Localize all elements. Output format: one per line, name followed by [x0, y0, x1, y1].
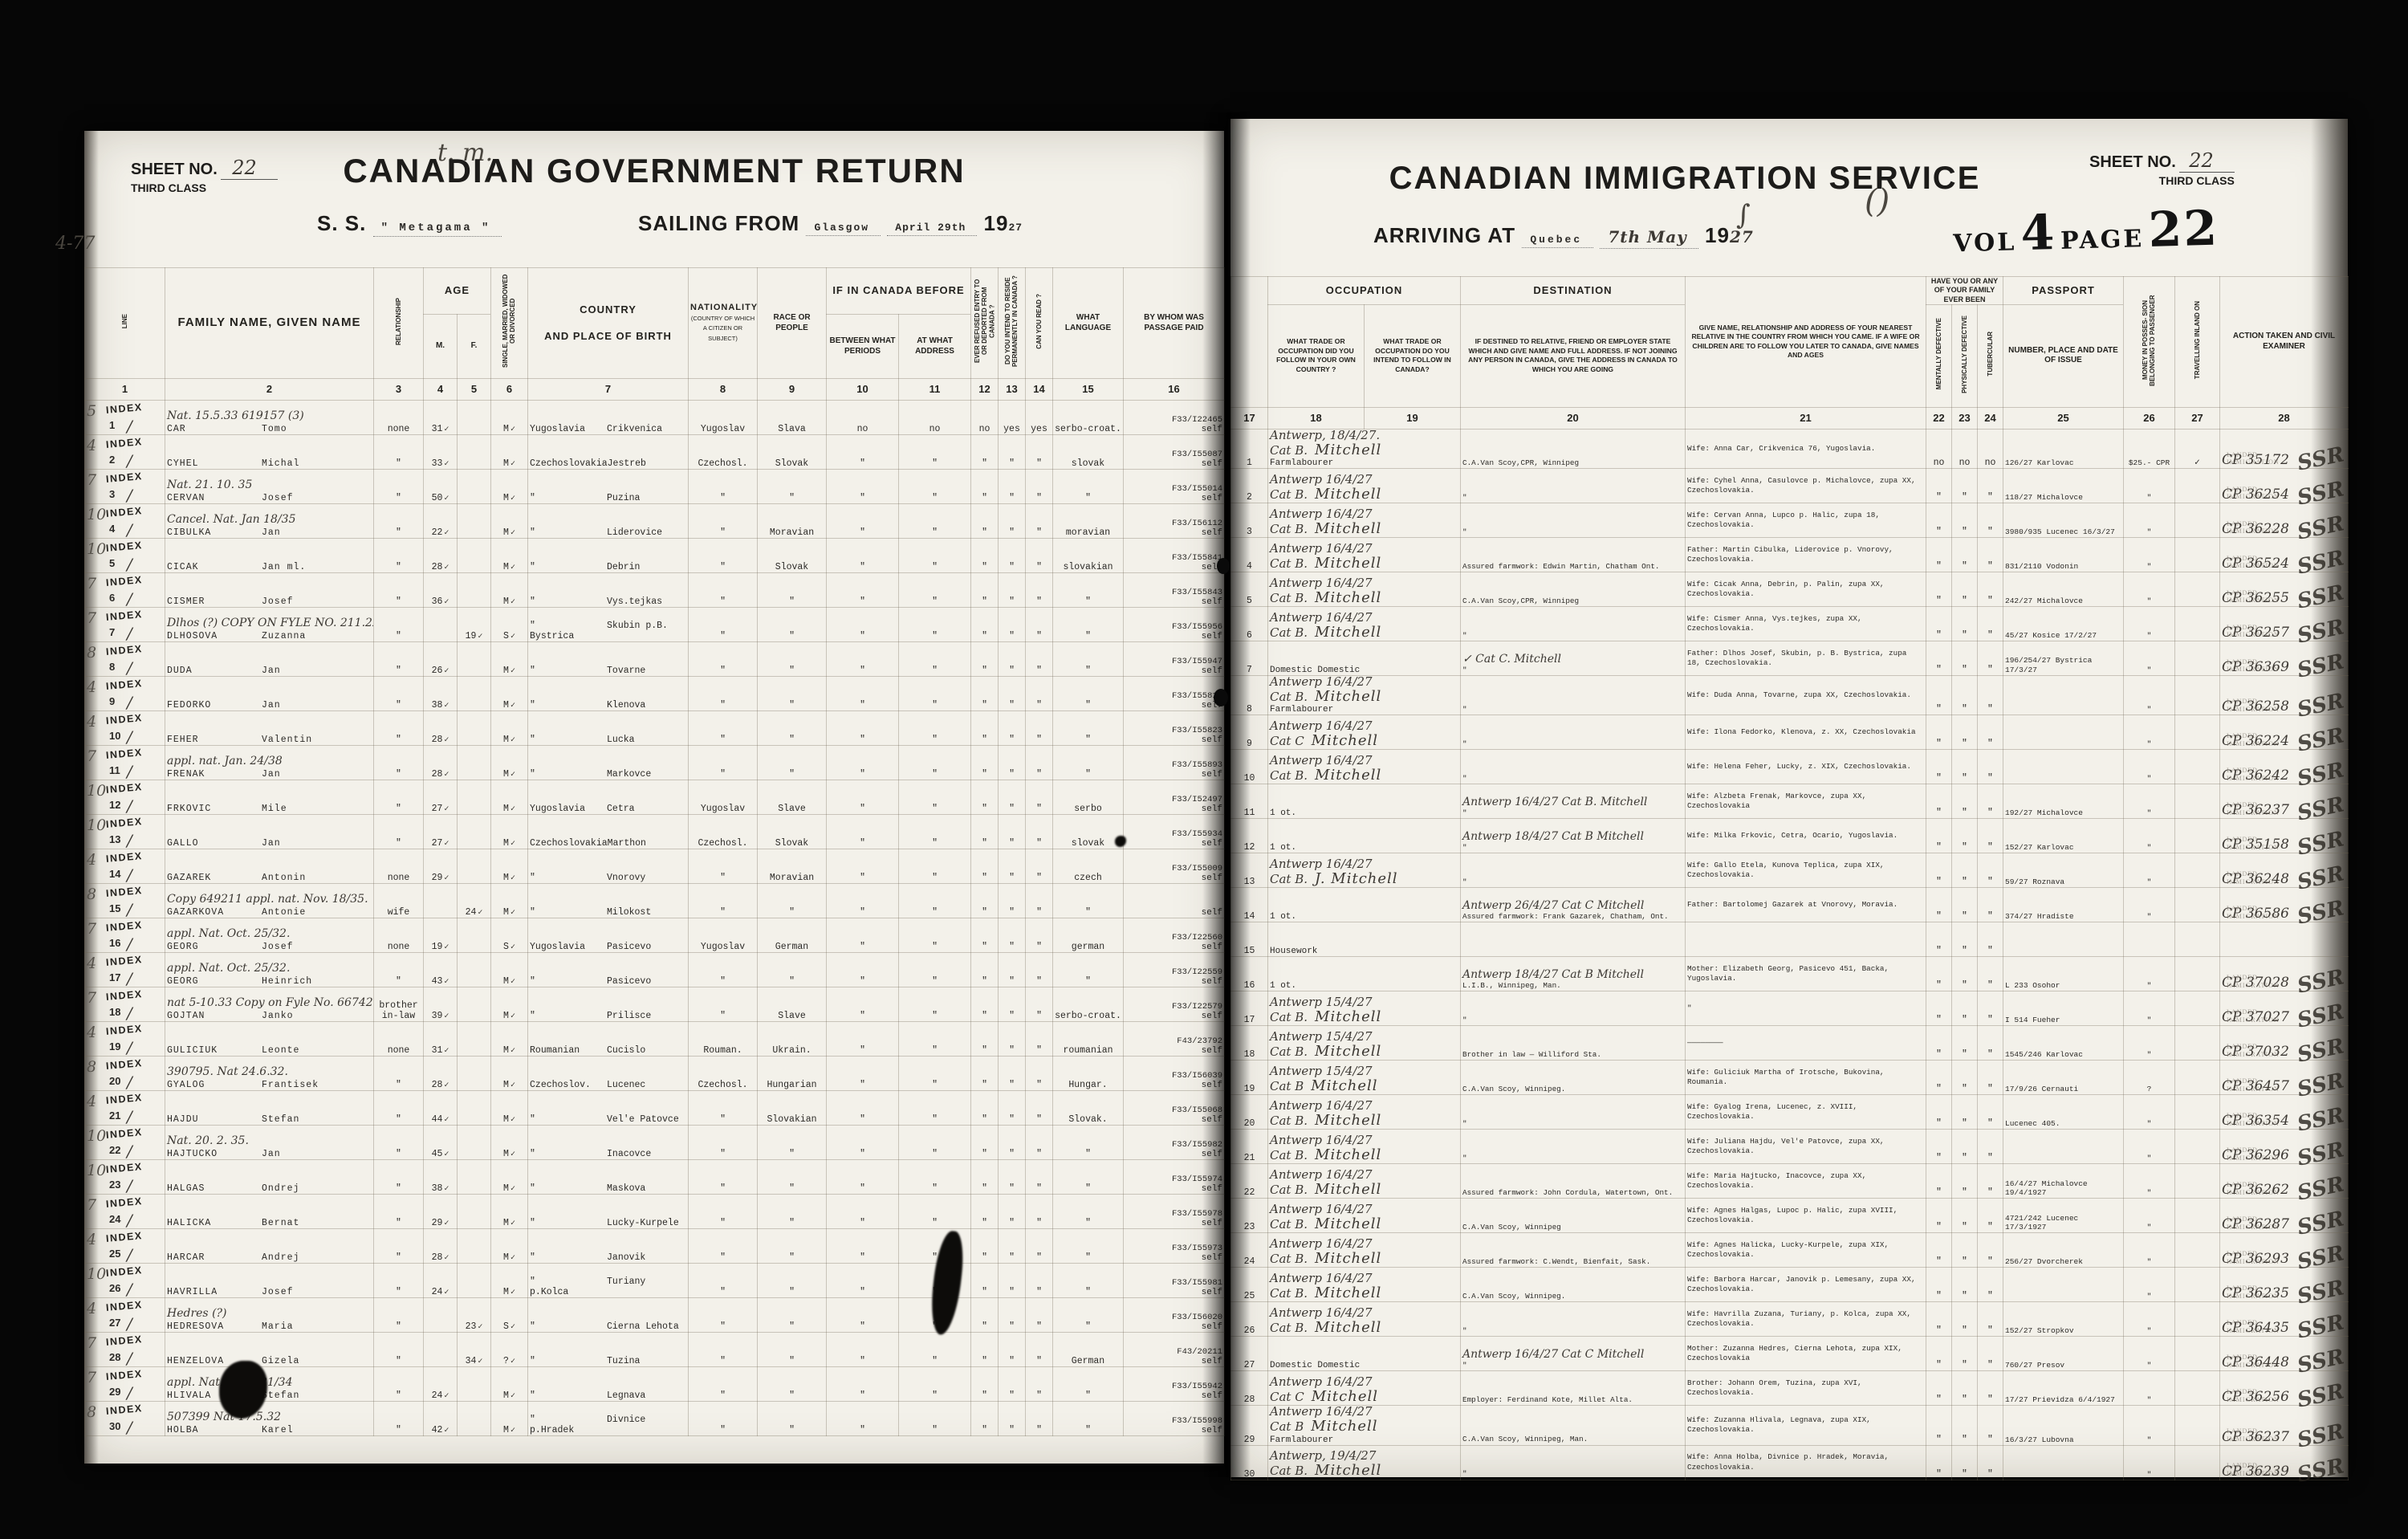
refused-cell: " [971, 1402, 999, 1436]
page-value: 22 [2148, 201, 2219, 259]
in-canada-address-cell: " [899, 815, 971, 849]
in-canada-address-cell: " [899, 711, 971, 746]
name-cell: Cancel. Nat. Jan 18/35CIBULKAJan [165, 504, 374, 539]
nearest-relative-cell: Wife: Cismer Anna, Vys.tejkes, zupa XX, … [1686, 607, 1926, 641]
nationality-cell: " [689, 1367, 758, 1402]
relationship-cell: " [374, 1402, 424, 1436]
line-cell: 7INDEX3/ [85, 470, 165, 504]
relationship-cell: none [374, 401, 424, 435]
refused-cell: " [971, 918, 999, 953]
physically-cell: " [1952, 1302, 1978, 1337]
passport-cell: 17/9/26 Cernauti [2003, 1061, 2124, 1095]
tubercular-cell: " [1978, 957, 2003, 991]
mentally-cell: " [1926, 1302, 1952, 1337]
destination-cell: Antwerp 26/4/27 Cat C MitchellAssured fa… [1461, 888, 1686, 922]
in-canada-periods-cell: " [827, 884, 899, 918]
birth-cell: "Milokost [528, 884, 689, 918]
line-cell: 4INDEX27/ [85, 1298, 165, 1333]
action-cell: LANDEDImmigrationCP 36242SSR [2220, 750, 2349, 784]
manifest-table-left: LINE FAMILY NAME, GIVEN NAME RELATIONSHI… [84, 267, 1225, 1436]
age-f-cell [458, 953, 491, 987]
inland-cell [2175, 1233, 2220, 1268]
nationality-cell: " [689, 987, 758, 1022]
col-age-m: M. [424, 315, 458, 379]
line-cell: 10INDEX5/ [85, 539, 165, 573]
column-number: 3 [374, 379, 424, 401]
action-cell: LANDEDImmigrationCP 36255SSR [2220, 572, 2349, 607]
read-cell: " [1026, 677, 1053, 711]
refused-cell: " [971, 884, 999, 918]
read-cell: " [1026, 470, 1053, 504]
nearest-relative-cell: Wife: Duda Anna, Tovarne, zupa XX, Czech… [1686, 676, 1926, 715]
physically-cell: " [1952, 853, 1978, 888]
nationality-cell: Czechosl. [689, 1057, 758, 1091]
mentally-cell: " [1926, 469, 1952, 503]
birth-cell: "Lucka [528, 711, 689, 746]
action-cell: LANDEDImmigrationCP 37032SSR [2220, 1026, 2349, 1061]
read-cell: " [1026, 918, 1053, 953]
read-cell: " [1026, 1126, 1053, 1160]
money-cell: " [2124, 538, 2175, 572]
language-cell: slovakian [1053, 539, 1124, 573]
destination-cell: " [1461, 469, 1686, 503]
manifest-table-right: OCCUPATION DESTINATION GIVE NAME, RELATI… [1230, 276, 2349, 1480]
age-m-cell [424, 1298, 458, 1333]
sailing-label: SAILING FROM [638, 211, 799, 235]
money-cell: " [2124, 1337, 2175, 1371]
language-cell: " [1053, 1367, 1124, 1402]
physically-cell: " [1952, 641, 1978, 676]
col-birth-label: COUNTRYAND PLACE OF BIRTH [528, 268, 689, 379]
vol-page-stamp: VOL 4 PAGE 22 [1952, 201, 2219, 264]
ss-line: S. S. " Metagama " [317, 211, 502, 236]
birth-cell: "Tovarne [528, 642, 689, 677]
nearest-relative-cell: Father: Martin Cibulka, Liderovice p. Vn… [1686, 538, 1926, 572]
language-cell: " [1053, 884, 1124, 918]
nationality-cell: " [689, 1195, 758, 1229]
destination-cell: C.A.Van Scoy, Winnipeg, Man. [1461, 1406, 1686, 1445]
intend-cell: " [999, 849, 1026, 884]
passport-cell: 4721/242 Lucenec 17/3/1927 [2003, 1199, 2124, 1233]
nationality-cell: " [689, 677, 758, 711]
column-number: 2 [165, 379, 374, 401]
tubercular-cell: " [1978, 1095, 2003, 1130]
refused-cell: " [971, 849, 999, 884]
intend-cell: " [999, 539, 1026, 573]
in-canada-periods-cell: " [827, 1022, 899, 1057]
nationality-cell: " [689, 1298, 758, 1333]
in-canada-periods-cell: " [827, 953, 899, 987]
intend-cell: " [999, 504, 1026, 539]
in-canada-periods-cell: " [827, 711, 899, 746]
destination-cell: C.A.Van Scoy,CPR, Winnipeg [1461, 572, 1686, 607]
refused-cell: " [971, 608, 999, 642]
in-canada-periods-cell: " [827, 435, 899, 470]
age-m-cell: 45✓ [424, 1126, 458, 1160]
in-canada-periods-cell: " [827, 815, 899, 849]
line-cell: 8INDEX20/ [85, 1057, 165, 1091]
destination-cell: " [1461, 607, 1686, 641]
inspection-occupation-cell: Antwerp 15/4/27Cat B. Mitchell [1268, 991, 1461, 1026]
arriving-line: ARRIVING AT Quebec 7th May 1927 [1373, 223, 1754, 248]
intend-cell: " [999, 1298, 1026, 1333]
marital-cell: M✓ [491, 642, 528, 677]
nearest-relative-cell: Wife: Cyhel Anna, Casulovce p. Michalovc… [1686, 469, 1926, 503]
passport-cell: 196/254/27 Bystrica 17/3/27 [2003, 641, 2124, 676]
birth-cell: "Skubin p.B. Bystrica [528, 608, 689, 642]
destination-cell: " [1461, 715, 1686, 750]
passenger-row: 4INDEX25/HARCARAndrej"28✓M✓"Janovik"""""… [85, 1229, 1225, 1264]
line-cell: 10INDEX23/ [85, 1160, 165, 1195]
read-cell: " [1026, 504, 1053, 539]
marital-cell: M✓ [491, 1402, 528, 1436]
race-cell: " [758, 470, 827, 504]
sheet-no-label-right: SHEET NO. [2089, 153, 2176, 171]
language-cell: Hungar. [1053, 1057, 1124, 1091]
marital-cell: S✓ [491, 918, 528, 953]
mentally-cell: " [1926, 1095, 1952, 1130]
action-cell: LANDEDImmigrationCP 36448SSR [2220, 1337, 2349, 1371]
age-m-cell: 26✓ [424, 642, 458, 677]
punch-hole [1214, 689, 1228, 706]
tubercular-cell: " [1978, 1164, 2003, 1199]
money-cell: " [2124, 1130, 2175, 1164]
passenger-row: 10INDEX23/HALGASOndrej"38✓M✓"Maskova""""… [85, 1160, 1225, 1195]
column-number: 8 [689, 379, 758, 401]
in-canada-address-cell: " [899, 884, 971, 918]
inspection-occupation-cell: Antwerp 16/4/27Cat B. MitchellFarmlabour… [1268, 676, 1461, 715]
inspection-occupation-cell: Antwerp 16/4/27Cat B. Mitchell [1268, 1302, 1461, 1337]
birth-cell: RoumanianCucislo [528, 1022, 689, 1057]
marital-cell: M✓ [491, 539, 528, 573]
inland-cell [2175, 1337, 2220, 1371]
age-m-cell: 38✓ [424, 677, 458, 711]
money-cell: " [2124, 819, 2175, 853]
birth-cell: "Pasicevo [528, 953, 689, 987]
in-canada-address-cell: " [899, 1057, 971, 1091]
age-f-cell [458, 1057, 491, 1091]
mentally-cell: " [1926, 888, 1952, 922]
inspection-occupation-cell: Antwerp 16/4/27Cat B. Mitchell [1268, 750, 1461, 784]
action-cell: LANDEDImmigrationCP 36369SSR [2220, 641, 2349, 676]
in-canada-periods-cell: " [827, 1195, 899, 1229]
refused-cell: " [971, 1229, 999, 1264]
passport-cell: I 514 Fueher [2003, 991, 2124, 1026]
tubercular-cell: " [1978, 819, 2003, 853]
inland-cell [2175, 1302, 2220, 1337]
passenger-row: 7INDEX3/Nat. 21. 10. 35CERVANJosef"50✓M✓… [85, 470, 1225, 504]
ship-name: " Metagama " [373, 222, 502, 237]
relationship-cell: " [374, 677, 424, 711]
passenger-row: 161 ot.Antwerp 18/4/27 Cat B MitchellL.I… [1231, 957, 2349, 991]
money-cell: " [2124, 1233, 2175, 1268]
inspection-occupation-cell: Antwerp 16/4/27Cat B. Mitchell [1268, 1268, 1461, 1302]
nearest-relative-cell: Brother: Johann Orem, Tuzina, zupa XVI, … [1686, 1371, 1926, 1406]
col-age-f: F. [458, 315, 491, 379]
language-cell: " [1053, 953, 1124, 987]
inspection-occupation-cell: Antwerp 16/4/27Cat B. Mitchell [1268, 503, 1461, 538]
passenger-row: 141 ot.Antwerp 26/4/27 Cat C MitchellAss… [1231, 888, 2349, 922]
passenger-row: 30Antwerp, 19/4/27Cat B. Mitchell"Wife: … [1231, 1445, 2349, 1480]
language-cell: " [1053, 1402, 1124, 1436]
in-canada-address-cell: " [899, 1091, 971, 1126]
mentally-cell: " [1926, 1371, 1952, 1406]
tubercular-cell: " [1978, 991, 2003, 1026]
inspection-occupation-cell: Antwerp, 18/4/27.Cat B. MitchellFarmlabo… [1268, 429, 1461, 468]
age-f-cell [458, 780, 491, 815]
mentally-cell: " [1926, 1130, 1952, 1164]
refused-cell: " [971, 987, 999, 1022]
passenger-row: 7INDEX11/appl. nat. Jan. 24/38FRENAKJan"… [85, 746, 1225, 780]
col-family-label: FAMILY NAME, GIVEN NAME [165, 268, 374, 379]
intend-cell: " [999, 1160, 1026, 1195]
physically-cell: " [1952, 1095, 1978, 1130]
relationship-cell: " [374, 1333, 424, 1367]
read-cell: " [1026, 573, 1053, 608]
age-m-cell: 28✓ [424, 746, 458, 780]
intend-cell: " [999, 1333, 1026, 1367]
birth-cell: CzechoslovakiaJestreb [528, 435, 689, 470]
tubercular-cell: " [1978, 469, 2003, 503]
line-cell: 4INDEX2/ [85, 435, 165, 470]
intend-cell: " [999, 746, 1026, 780]
passport-cell: 3980/935 Lucenec 16/3/27 [2003, 503, 2124, 538]
mentally-cell: " [1926, 1268, 1952, 1302]
language-cell: " [1053, 711, 1124, 746]
money-cell: $25.- CPR [2124, 429, 2175, 468]
passenger-row: 5Antwerp 16/4/27Cat B. MitchellC.A.Van S… [1231, 572, 2349, 607]
column-number: 10 [827, 379, 899, 401]
race-cell: Moravian [758, 504, 827, 539]
action-cell: LANDEDImmigrationCP 37027SSR [2220, 991, 2349, 1026]
passenger-row: 15Housework""" [1231, 922, 2349, 957]
passport-cell: Lucenec 405. [2003, 1095, 2124, 1130]
nationality-cell: " [689, 1402, 758, 1436]
vol-label: VOL [1953, 228, 2017, 258]
inland-cell [2175, 607, 2220, 641]
tubercular-cell: " [1978, 1371, 2003, 1406]
passport-cell [2003, 922, 2124, 957]
action-cell: LANDEDImmigrationCP 36239SSR [2220, 1445, 2349, 1480]
race-cell: " [758, 1333, 827, 1367]
read-cell: " [1026, 1402, 1053, 1436]
passport-cell: 118/27 Michalovce [2003, 469, 2124, 503]
line-cell: 7INDEX28/ [85, 1333, 165, 1367]
money-cell: " [2124, 641, 2175, 676]
passenger-row: 7Domestic Domestic✓ Cat C. Mitchell"Fath… [1231, 641, 2349, 676]
tubercular-cell: " [1978, 1061, 2003, 1095]
passenger-row: 17Antwerp 15/4/27Cat B. Mitchell"""""I 5… [1231, 991, 2349, 1026]
inland-cell [2175, 1445, 2220, 1480]
column-number: 26 [2124, 407, 2175, 429]
line-cell: 5INDEX1/ [85, 401, 165, 435]
passport-cell [2003, 1268, 2124, 1302]
action-cell: LANDEDImmigrationCP 36586SSR [2220, 888, 2349, 922]
column-number: 25 [2003, 407, 2124, 429]
race-cell: " [758, 711, 827, 746]
physically-cell: " [1952, 750, 1978, 784]
tubercular-cell: " [1978, 1130, 2003, 1164]
intend-cell: " [999, 884, 1026, 918]
inspection-occupation-cell: Antwerp 16/4/27Cat B. J. Mitchell [1268, 853, 1461, 888]
language-cell: " [1053, 1264, 1124, 1298]
read-cell: " [1026, 711, 1053, 746]
passenger-row: 8INDEX15/Copy 649211 appl. nat. Nov. 18/… [85, 884, 1225, 918]
passenger-row: 4INDEX21/HAJDUStefan"44✓M✓"Vel'e Patovce… [85, 1091, 1225, 1126]
age-m-cell [424, 884, 458, 918]
col-marital-label: SINGLE, MARRIED, WIDOWED OR DIVORCED [502, 274, 516, 368]
money-cell: " [2124, 1095, 2175, 1130]
right-column-numbers: 171819202122232425262728 [1231, 407, 2349, 429]
language-cell: " [1053, 677, 1124, 711]
birth-cell: "Legnava [528, 1367, 689, 1402]
physically-cell: " [1952, 1199, 1978, 1233]
nearest-relative-cell: Wife: Maria Hajtucko, Inacovce, zupa XX,… [1686, 1164, 1926, 1199]
physically-cell: " [1952, 469, 1978, 503]
birth-cell: "Turiany p.Kolca [528, 1264, 689, 1298]
relationship-cell: " [374, 1057, 424, 1091]
physically-cell: " [1952, 538, 1978, 572]
birth-cell: "Puzina [528, 470, 689, 504]
in-canada-periods-cell: " [827, 470, 899, 504]
in-canada-address-cell: " [899, 953, 971, 987]
class-label-right: THIRD CLASS [2089, 174, 2235, 187]
race-cell: Slovakian [758, 1091, 827, 1126]
in-canada-periods-cell: " [827, 746, 899, 780]
race-cell: " [758, 746, 827, 780]
action-cell: LANDEDImmigrationCP 36224SSR [2220, 715, 2349, 750]
refused-cell: " [971, 573, 999, 608]
action-cell: LANDEDImmigrationCP 36435SSR [2220, 1302, 2349, 1337]
destination-cell: Assured farmwork: C.Wendt, Bienfait, Sas… [1461, 1233, 1686, 1268]
passport-cell [2003, 750, 2124, 784]
action-cell: LANDEDImmigrationCP 35172SSR [2220, 429, 2349, 468]
relationship-cell: none [374, 1022, 424, 1057]
passenger-row: 6Antwerp 16/4/27Cat B. Mitchell"Wife: Ci… [1231, 607, 2349, 641]
left-column-numbers: 12345678910111213141516 [85, 379, 1225, 401]
inspection-occupation-cell: Antwerp 16/4/27Cat B. Mitchell [1268, 1095, 1461, 1130]
relationship-cell: " [374, 470, 424, 504]
in-canada-periods-cell: " [827, 608, 899, 642]
sailing-date: April 29th [887, 222, 977, 236]
inspection-occupation-cell: Antwerp 16/4/27Cat B. Mitchell [1268, 469, 1461, 503]
physically-cell: " [1952, 1061, 1978, 1095]
physically-cell: " [1952, 1233, 1978, 1268]
passenger-row: 4INDEX27/Hedres (?)HEDRESOVAMaria"23✓S✓"… [85, 1298, 1225, 1333]
line-cell: 4INDEX10/ [85, 711, 165, 746]
intend-cell: " [999, 780, 1026, 815]
age-m-cell: 28✓ [424, 711, 458, 746]
destination-cell: " [1461, 1445, 1686, 1480]
marital-cell: M✓ [491, 884, 528, 918]
in-canada-address-cell: " [899, 504, 971, 539]
race-cell: " [758, 642, 827, 677]
in-canada-address-cell: " [899, 987, 971, 1022]
race-cell: Slovak [758, 539, 827, 573]
destination-cell: C.A.Van Scoy, Winnipeg. [1461, 1061, 1686, 1095]
passenger-row: 21Antwerp 16/4/27Cat B. Mitchell"Wife: J… [1231, 1130, 2349, 1164]
action-cell: LANDEDImmigrationCP 36235SSR [2220, 1268, 2349, 1302]
birth-cell: YugoslaviaCetra [528, 780, 689, 815]
intend-cell: " [999, 815, 1026, 849]
nationality-cell: " [689, 539, 758, 573]
language-cell: " [1053, 1195, 1124, 1229]
refused-cell: " [971, 1057, 999, 1091]
nearest-relative-cell: Wife: Barbora Harcar, Janovik p. Lemesan… [1686, 1268, 1926, 1302]
intend-cell: " [999, 1367, 1026, 1402]
relationship-cell: " [374, 642, 424, 677]
read-cell: " [1026, 1160, 1053, 1195]
physically-cell: " [1952, 1130, 1978, 1164]
nationality-cell: " [689, 608, 758, 642]
line-cell: 8INDEX15/ [85, 884, 165, 918]
arriving-port: Quebec [1522, 234, 1593, 248]
money-cell: " [2124, 957, 2175, 991]
age-f-cell: 34✓ [458, 1333, 491, 1367]
passenger-row: 7INDEX18/nat 5-10.33 Copy on Fyle No. 66… [85, 987, 1225, 1022]
inland-cell [2175, 715, 2220, 750]
action-cell: LANDEDImmigrationCP 36258SSR [2220, 676, 2349, 715]
punch-hole [1217, 558, 1230, 574]
nearest-relative-cell: Father: Bartolomej Gazarek at Vnorovy, M… [1686, 888, 1926, 922]
passport-cell: 59/27 Roznava [2003, 853, 2124, 888]
col-rel-label: RELATIONSHIP [395, 298, 402, 345]
in-canada-address-cell: " [899, 435, 971, 470]
in-canada-periods-cell: no [827, 401, 899, 435]
destination-cell: Antwerp 16/4/27 Cat C Mitchell" [1461, 1337, 1686, 1371]
intend-cell: " [999, 1091, 1026, 1126]
passenger-row: 111 ot.Antwerp 16/4/27 Cat B. Mitchell"W… [1231, 784, 2349, 819]
marital-cell: M✓ [491, 470, 528, 504]
age-f-cell [458, 746, 491, 780]
destination-cell: Antwerp 18/4/27 Cat B MitchellL.I.B., Wi… [1461, 957, 1686, 991]
language-cell: serbo-croat. [1053, 987, 1124, 1022]
refused-cell: " [971, 642, 999, 677]
passenger-row: 4INDEX10/FEHERValentin"28✓M✓"Lucka""""""… [85, 711, 1225, 746]
nearest-relative-cell: Wife: Helena Feher, Lucky, z. XIX, Czech… [1686, 750, 1926, 784]
intend-cell: " [999, 953, 1026, 987]
marital-cell: M✓ [491, 1229, 528, 1264]
money-cell: " [2124, 1406, 2175, 1445]
line-cell: 7INDEX6/ [85, 573, 165, 608]
page-label: PAGE [2060, 225, 2145, 255]
tubercular-cell: " [1978, 1302, 2003, 1337]
relationship-cell: " [374, 608, 424, 642]
destination-cell: Antwerp 16/4/27 Cat B. Mitchell" [1461, 784, 1686, 819]
passport-cell: 831/2110 Vodonin [2003, 538, 2124, 572]
name-cell: HARCARAndrej [165, 1229, 374, 1264]
passenger-row: 18Antwerp 15/4/27Cat B. MitchellBrother … [1231, 1026, 2349, 1061]
col-family-ever-group: HAVE YOU OR ANY OF YOUR FAMILY EVER BEEN [1926, 277, 2003, 305]
age-f-cell [458, 1195, 491, 1229]
passenger-row: 7INDEX28/HENZELOVAGizela"34✓?✓"Tuzina"""… [85, 1333, 1225, 1367]
intend-cell: " [999, 470, 1026, 504]
passport-cell: 374/27 Hradiste [2003, 888, 2124, 922]
column-number: 14 [1026, 379, 1053, 401]
nearest-relative-cell: Wife: Cervan Anna, Lupco p. Halic, zupa … [1686, 503, 1926, 538]
race-cell: " [758, 1160, 827, 1195]
inspection-occupation-cell: Antwerp 16/4/27Cat B MitchellFarmlaboure… [1268, 1406, 1461, 1445]
inland-cell [2175, 1199, 2220, 1233]
column-number: 15 [1053, 379, 1124, 401]
inland-cell [2175, 991, 2220, 1026]
money-cell: " [2124, 784, 2175, 819]
passenger-row: 121 ot.Antwerp 18/4/27 Cat B Mitchell"Wi… [1231, 819, 2349, 853]
name-cell: Nat. 15.5.33 619157 (3)CARTomo [165, 401, 374, 435]
refused-cell: " [971, 1367, 999, 1402]
nationality-cell: Yugoslav [689, 918, 758, 953]
relationship-cell: " [374, 1367, 424, 1402]
